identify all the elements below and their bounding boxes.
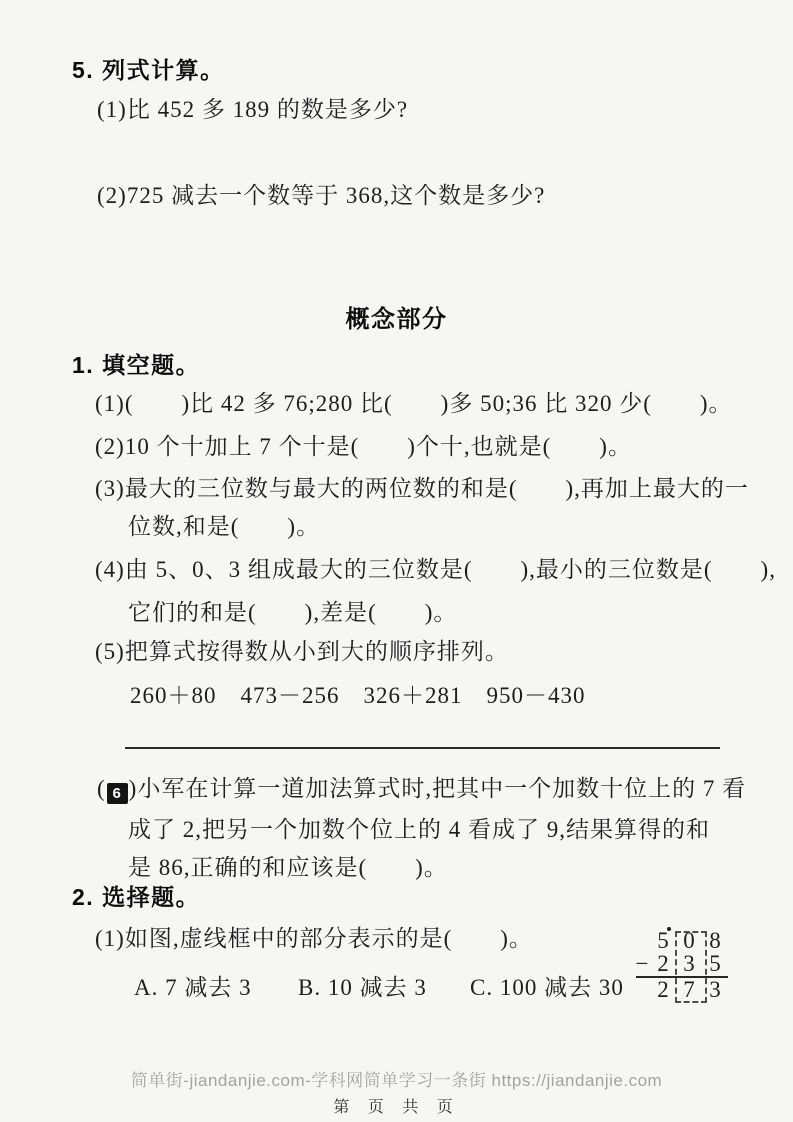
fill-in-item-3-line-2: 位数,和是( )。 bbox=[128, 513, 320, 541]
vertical-subtraction-figure: 5 0 8 − 2 3 5 2 7 3 bbox=[634, 926, 734, 1006]
problem-6-line-3: 是 86,正确的和应该是( )。 bbox=[128, 854, 448, 882]
subtrahend-ones: 5 bbox=[702, 953, 728, 975]
worksheet-page: 5. 列式计算。 (1)比 452 多 189 的数是多少? (2)725 减去… bbox=[0, 0, 793, 1122]
difference-row: 2 7 3 bbox=[634, 979, 728, 1001]
minuend-tens: 0 bbox=[676, 930, 702, 952]
minus-sign: − bbox=[634, 953, 650, 975]
problem-5-item-2: (2)725 减去一个数等于 368,这个数是多少? bbox=[97, 182, 545, 210]
page-number-footer: 第 页 共 页 bbox=[0, 1094, 793, 1117]
subtrahend-hundreds: 2 bbox=[650, 953, 676, 975]
fill-in-item-3-line-1: (3)最大的三位数与最大的两位数的和是( ),再加上最大的一 bbox=[95, 475, 749, 503]
difference-tens: 7 bbox=[676, 979, 702, 1001]
choice-item-1: (1)如图,虚线框中的部分表示的是( )。 bbox=[95, 925, 533, 953]
fill-in-item-1: (1)( )比 42 多 76;280 比( )多 50;36 比 320 少(… bbox=[95, 390, 733, 418]
fill-in-item-5-expressions: 260＋80 473－256 326＋281 950－430 bbox=[130, 682, 586, 710]
concept-section-title: 概念部分 bbox=[0, 306, 793, 334]
problem-6-number-badge: 6 bbox=[107, 783, 128, 804]
problem-5-heading: 5. 列式计算。 bbox=[72, 56, 225, 84]
problem-6-line-1: (6)小军在计算一道加法算式时,把其中一个加数十位上的 7 看 bbox=[97, 775, 746, 804]
subtrahend-tens: 3 bbox=[676, 953, 702, 975]
fill-in-item-2: (2)10 个十加上 7 个十是( )个十,也就是( )。 bbox=[95, 433, 632, 461]
choice-option-b: B. 10 减去 3 bbox=[298, 974, 427, 1002]
problem-6-line-2: 成了 2,把另一个加数个位上的 4 看成了 9,结果算得的和 bbox=[128, 816, 710, 844]
watermark-text: 简单街-jiandanjie.com-学科网简单学习一条街 https://ji… bbox=[0, 1066, 793, 1091]
problem-6-text: 小军在计算一道加法算式时,把其中一个加数十位上的 7 看 bbox=[137, 776, 746, 801]
problem-5-item-1: (1)比 452 多 189 的数是多少? bbox=[97, 96, 408, 124]
choice-heading: 2. 选择题。 bbox=[72, 883, 200, 911]
choice-option-c: C. 100 减去 30 bbox=[470, 974, 624, 1002]
difference-ones: 3 bbox=[702, 979, 728, 1001]
minuend-row: 5 0 8 bbox=[634, 930, 728, 952]
minuend-sign-space bbox=[634, 930, 650, 952]
fill-in-heading: 1. 填空题。 bbox=[72, 351, 200, 379]
difference-hundreds: 2 bbox=[650, 979, 676, 1001]
choice-option-a: A. 7 减去 3 bbox=[134, 974, 252, 1002]
problem-6-open-paren: ( bbox=[97, 776, 106, 801]
fill-in-item-4-line-2: 它们的和是( ),差是( )。 bbox=[128, 599, 457, 627]
minuend-hundreds: 5 bbox=[650, 930, 676, 952]
section-divider bbox=[125, 747, 720, 749]
minuend-ones: 8 bbox=[702, 930, 728, 952]
fill-in-item-4-line-1: (4)由 5、0、3 组成最大的三位数是( ),最小的三位数是( ), bbox=[95, 556, 776, 584]
fill-in-item-5: (5)把算式按得数从小到大的顺序排列。 bbox=[95, 638, 509, 666]
subtrahend-row: − 2 3 5 bbox=[634, 953, 728, 975]
difference-sign-space bbox=[634, 979, 650, 1001]
